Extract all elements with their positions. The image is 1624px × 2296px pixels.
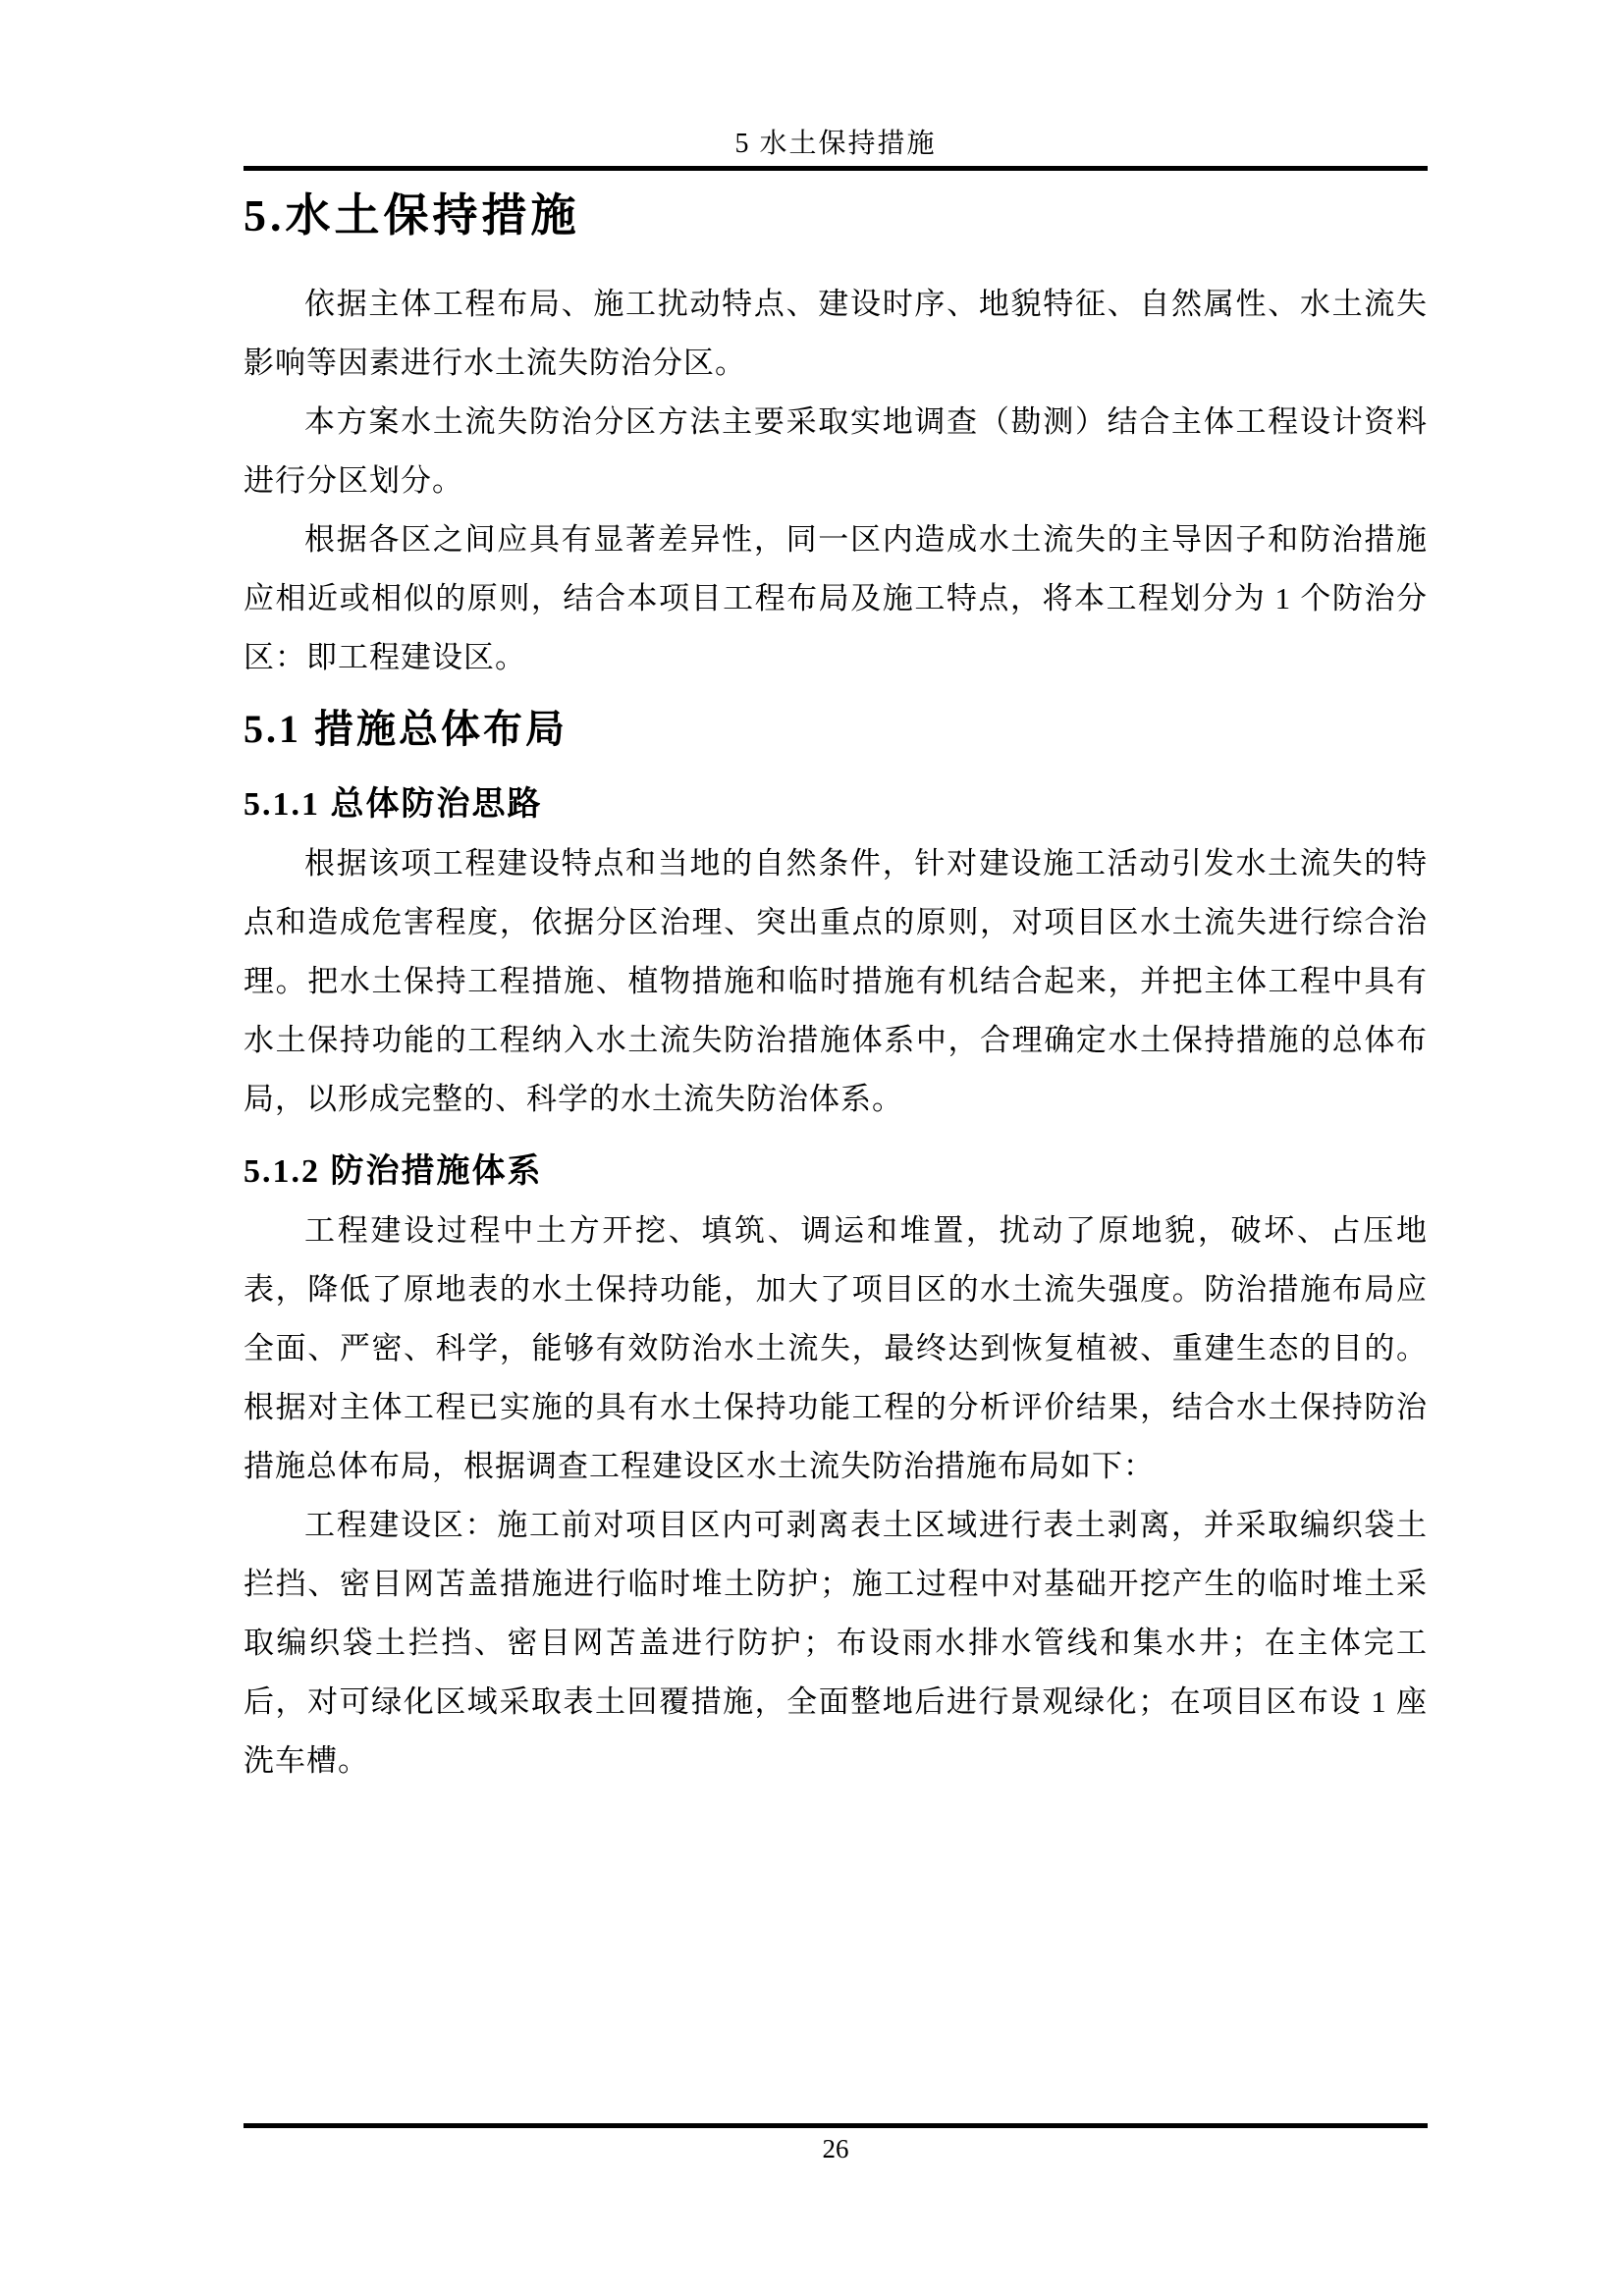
document-page: 5 水土保持措施 5.水土保持措施 依据主体工程布局、施工扰动特点、建设时序、地… [0,0,1624,2296]
paragraph-intro-1: 依据主体工程布局、施工扰动特点、建设时序、地貌特征、自然属性、水土流失影响等因素… [244,275,1428,393]
paragraph-5-1-1-body: 根据该项工程建设特点和当地的自然条件，针对建设施工活动引发水土流失的特点和造成危… [244,834,1428,1129]
header-rule [244,166,1428,171]
running-header: 5 水土保持措施 [244,128,1428,161]
subsection-heading-5-1-2: 5.1.2 防治措施体系 [244,1143,1428,1201]
footer-rule [244,2123,1428,2128]
subsection-heading-5-1-1: 5.1.1 总体防治思路 [244,775,1428,834]
paragraph-intro-2: 本方案水土流失防治分区方法主要采取实地调查（勘测）结合主体工程设计资料进行分区划… [244,393,1428,510]
paragraph-5-1-2-body-1: 工程建设过程中土方开挖、填筑、调运和堆置，扰动了原地貌，破坏、占压地表，降低了原… [244,1201,1428,1496]
page-number: 26 [244,2132,1428,2165]
document-title: 5.水土保持措施 [244,187,1428,245]
section-heading-5-1: 5.1 措施总体布局 [244,697,1428,762]
paragraph-intro-3: 根据各区之间应具有显著差异性，同一区内造成水土流失的主导因子和防治措施应相近或相… [244,510,1428,687]
paragraph-5-1-2-body-2: 工程建设区：施工前对项目区内可剥离表土区域进行表土剥离，并采取编织袋土拦挡、密目… [244,1496,1428,1790]
document-body: 5.水土保持措施 依据主体工程布局、施工扰动特点、建设时序、地貌特征、自然属性、… [244,187,1428,1790]
